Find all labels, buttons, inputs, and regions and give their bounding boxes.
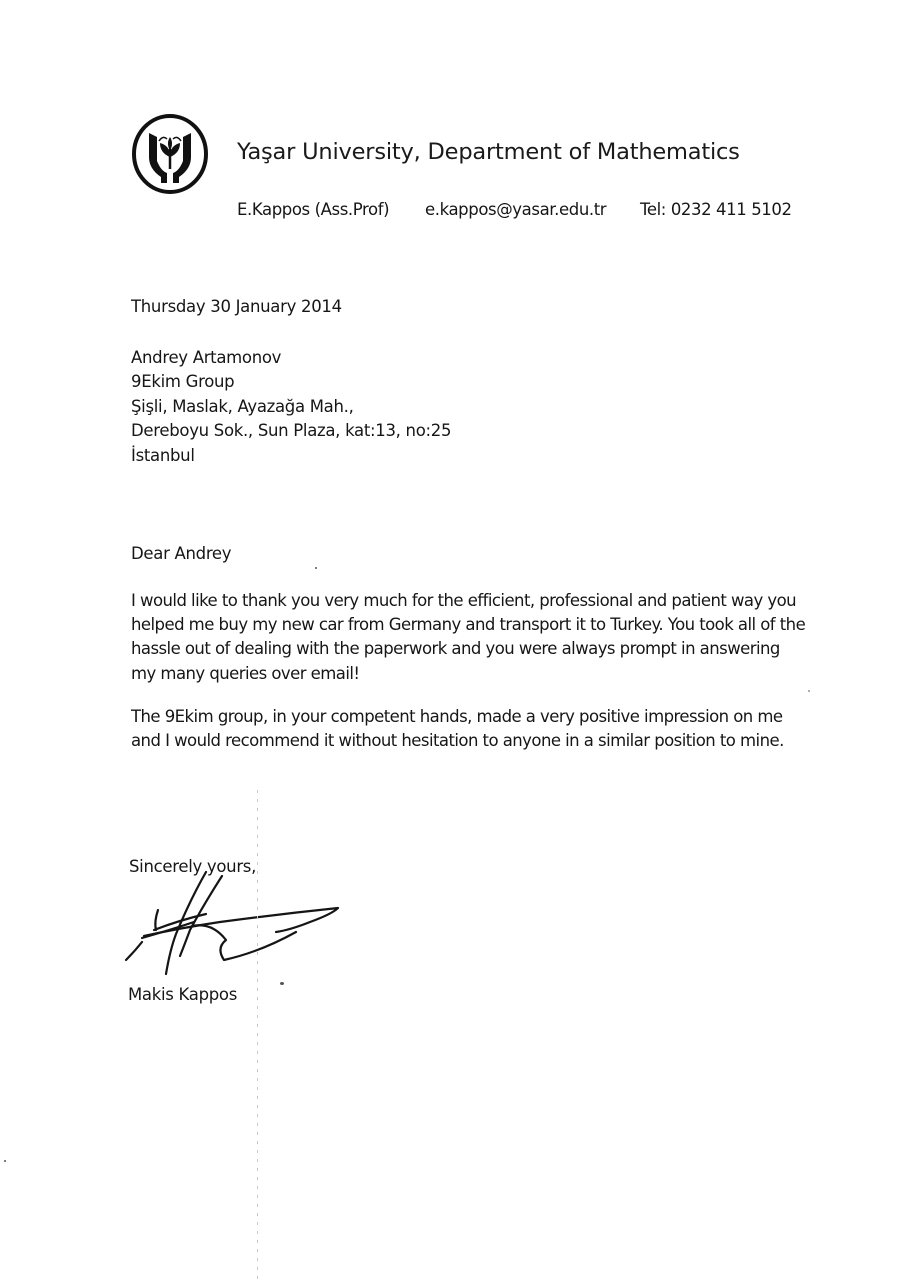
address-line: İstanbul (131, 444, 451, 468)
scan-speck (808, 690, 810, 692)
signer-name: Makis Kappos (128, 985, 237, 1004)
body-line: The 9Ekim group, in your competent hands… (131, 705, 784, 729)
recipient-address: Andrey Artamonov 9Ekim Group Şişli, Masl… (131, 346, 451, 468)
contact-name: E.Kappos (Ass.Prof) (237, 200, 389, 219)
address-line: Şişli, Maslak, Ayazağa Mah., (131, 395, 451, 419)
university-logo-icon (131, 113, 209, 195)
body-paragraph: The 9Ekim group, in your competent hands… (131, 705, 784, 753)
address-line: Dereboyu Sok., Sun Plaza, kat:13, no:25 (131, 419, 451, 443)
letterhead-title: Yaşar University, Department of Mathemat… (237, 139, 740, 165)
body-line: my many queries over email! (131, 662, 805, 686)
body-line: hassle out of dealing with the paperwork… (131, 637, 805, 661)
contact-phone: Tel: 0232 411 5102 (640, 200, 792, 219)
body-line: I would like to thank you very much for … (131, 589, 805, 613)
body-line: helped me buy my new car from Germany an… (131, 613, 805, 637)
scan-speck (315, 567, 317, 569)
address-line: 9Ekim Group (131, 370, 451, 394)
address-line: Andrey Artamonov (131, 346, 451, 370)
contact-email: e.kappos@yasar.edu.tr (425, 200, 606, 219)
body-paragraph: I would like to thank you very much for … (131, 589, 805, 686)
scan-speck (280, 982, 284, 985)
signature-icon (120, 870, 350, 980)
scan-fold-line (257, 790, 258, 1280)
body-line: and I would recommend it without hesitat… (131, 729, 784, 753)
salutation: Dear Andrey (131, 544, 231, 563)
scan-speck (4, 1160, 6, 1162)
letter-date: Thursday 30 January 2014 (131, 297, 342, 316)
